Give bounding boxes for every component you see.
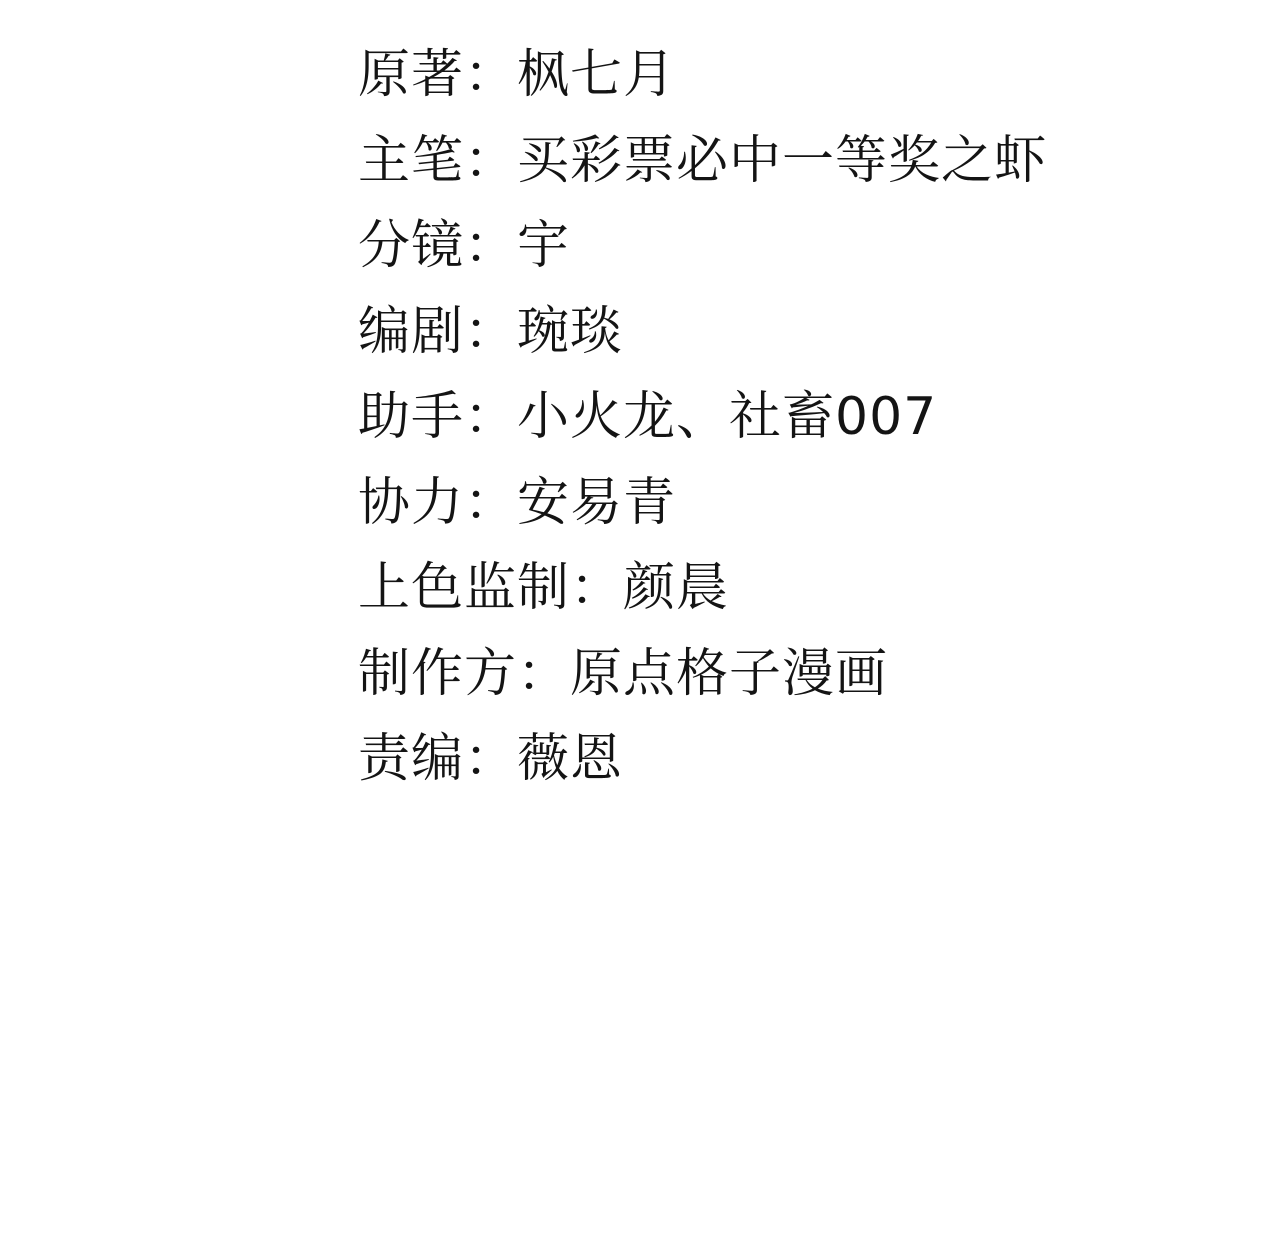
- credit-line-assistants: 助手：小火龙、社畜007: [358, 375, 1047, 461]
- credits-block: 原著：枫七月 主笔：买彩票必中一等奖之虾 分镜：宇 编剧：琬琰 助手：小火龙、社…: [358, 33, 1047, 803]
- credits-page: 原著：枫七月 主笔：买彩票必中一等奖之虾 分镜：宇 编剧：琬琰 助手：小火龙、社…: [0, 0, 1280, 1250]
- credit-line-storyboard: 分镜：宇: [358, 204, 1047, 290]
- credit-line-production: 制作方：原点格子漫画: [358, 632, 1047, 718]
- credit-line-editor: 责编：薇恩: [358, 717, 1047, 803]
- credit-line-coloring-supervisor: 上色监制：颜晨: [358, 546, 1047, 632]
- credit-line-screenwriter: 编剧：琬琰: [358, 290, 1047, 376]
- credit-line-lead-artist: 主笔：买彩票必中一等奖之虾: [358, 119, 1047, 205]
- credit-line-original-author: 原著：枫七月: [358, 33, 1047, 119]
- credit-line-cooperation: 协力：安易青: [358, 461, 1047, 547]
